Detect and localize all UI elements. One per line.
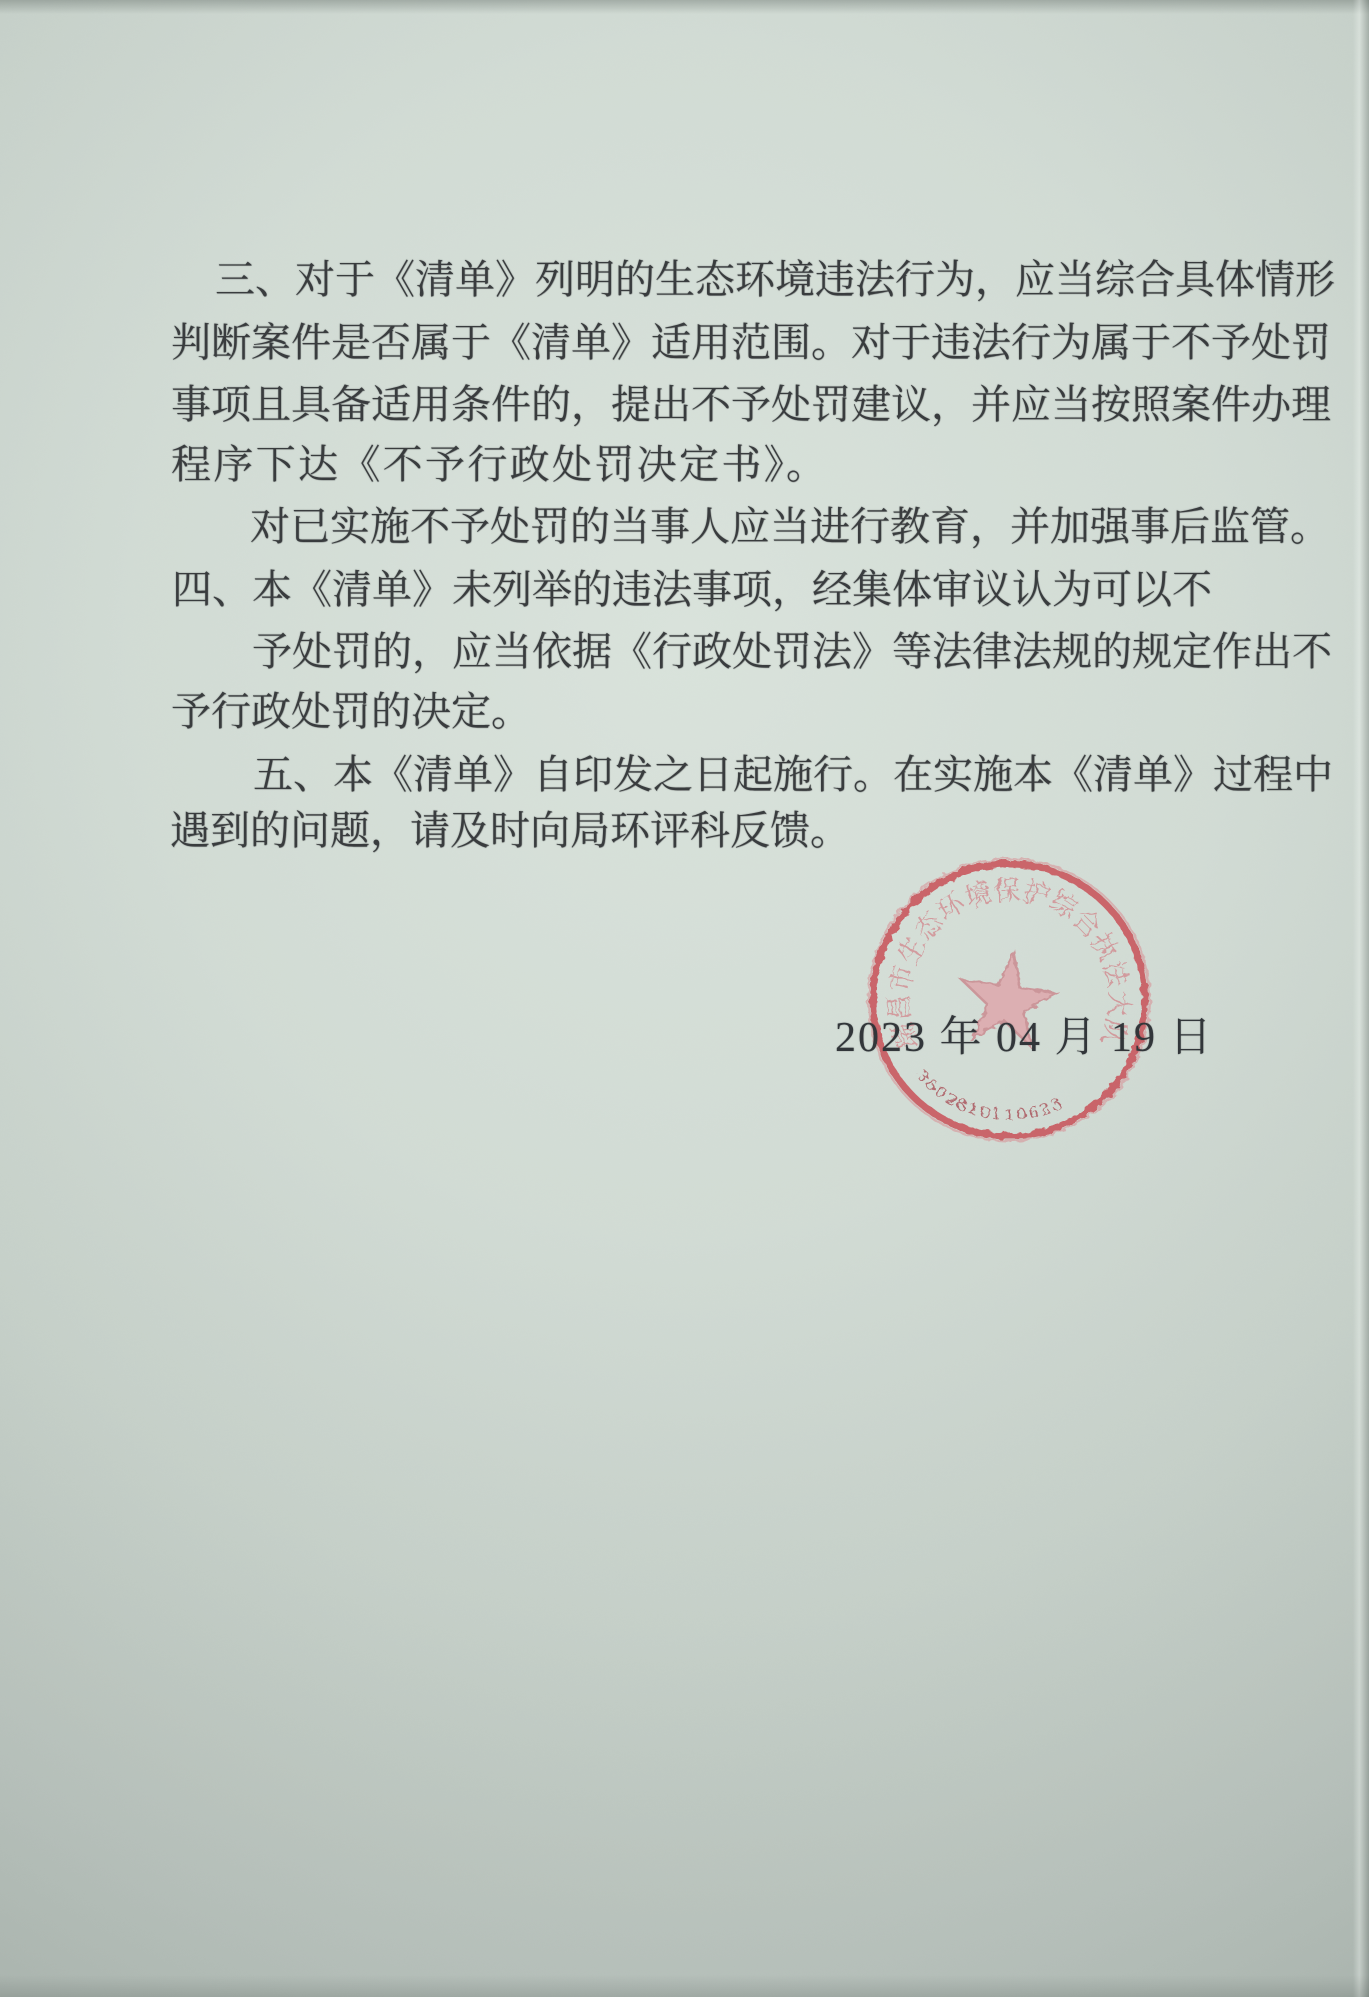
text-line: 事项且具备适用条件的，提出不予处罚建议，并应当按照案件办理	[171, 382, 1330, 430]
text-line: 判断案件是否属于《清单》适用范围。对于违法行为属于不予处罚	[171, 320, 1330, 368]
official-seal: 瑞昌市生态环境保护综合执法大队 3602810110623	[859, 850, 1159, 1150]
text-line: 四、本《清单》未列举的违法事项，经集体审议认为可以不	[172, 567, 1195, 615]
text-line: 予行政处罚的决定。	[171, 689, 516, 737]
paper-edge-shadow-right	[1353, 0, 1369, 1997]
paper-edge-shadow-top	[0, 0, 1369, 14]
text-line: 予处罚的，应当依据《行政处罚法》等法律法规的规定作出不	[252, 629, 1330, 677]
text-line: 程序下达《不予行政处罚决定书》。	[171, 442, 826, 490]
document-date: 2023 年 04 月 19 日	[835, 1004, 1214, 1064]
text-line: 对已实施不予处罚的当事人应当进行教育，并加强事后监管。	[250, 504, 1325, 552]
paper-edge-shadow-bottom	[0, 1975, 1369, 1997]
text-line: 五、本《清单》自印发之日起施行。在实施本《清单》过程中	[253, 752, 1325, 800]
scanned-document-page: 三、对于《清单》列明的生态环境违法行为，应当综合具体情形 判断案件是否属于《清单…	[0, 0, 1369, 1997]
text-line: 遇到的问题，请及时向局环评科反馈。	[170, 808, 800, 856]
text-line: 三、对于《清单》列明的生态环境违法行为，应当综合具体情形	[215, 257, 1330, 305]
